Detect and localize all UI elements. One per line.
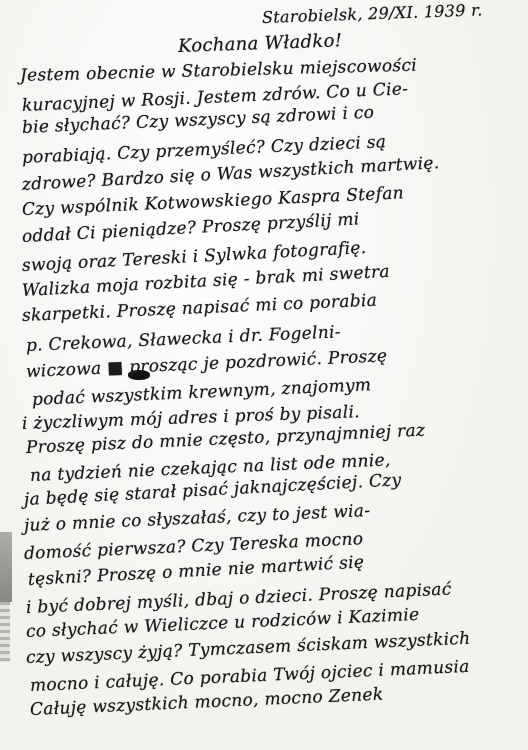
adjacent-document-edge-lower: [0, 602, 10, 662]
adjacent-document-edge: [0, 532, 12, 602]
letter-greeting: Kochana Władko!: [178, 30, 343, 57]
letter-place-date: Starobielsk, 29/XI. 1939 r.: [262, 0, 483, 27]
letter-page: Starobielsk, 29/XI. 1939 r. Kochana Wład…: [0, 0, 528, 750]
